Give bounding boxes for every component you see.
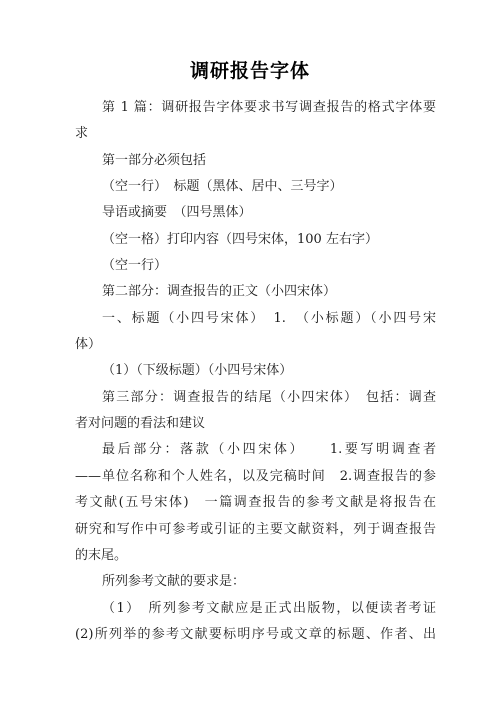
document-body: 第 1 篇：调研报告字体要求书写调查报告的格式字体要求第一部分必须包括（空一行）… — [75, 95, 436, 648]
text-line: 第三部分：调查报告的结尾（小四宋体） 包括：调查 — [75, 385, 436, 411]
text-line: （空一格）打印内容（四号宋体，100 左右字） — [75, 227, 436, 253]
text-line: ——单位名称和个人姓名，以及完稿时间 2.调查报告的参 — [75, 464, 436, 490]
text-line: 考文献(五号宋体) 一篇调查报告的参考文献是将报告在 — [75, 490, 436, 516]
text-line: 导语或摘要 （四号黑体） — [75, 200, 436, 226]
text-line: 求 — [75, 121, 436, 147]
text-line: 的末尾。 — [75, 543, 436, 569]
text-line: 最后部分：落款（小四宋体） 1.要写明调查者 — [75, 437, 436, 463]
text-line: 第二部分：调查报告的正文（小四宋体） — [75, 279, 436, 305]
text-line: 第 1 篇：调研报告字体要求书写调查报告的格式字体要 — [75, 95, 436, 121]
text-line: 一、标题（小四号宋体） 1. （小标题）（小四号宋 — [75, 306, 436, 332]
text-line: (2)所列举的参考文献要标明序号或文章的标题、作者、出 — [75, 622, 436, 648]
text-line: 者对问题的看法和建议 — [75, 411, 436, 437]
text-line: （1） 所列参考文献应是正式出版物，以便读者考证 — [75, 596, 436, 622]
text-line: （空一行） — [75, 253, 436, 279]
text-line: 所列参考文献的要求是： — [75, 569, 436, 595]
text-line: （1）（下级标题）（小四号宋体） — [75, 358, 436, 384]
document-page: 调研报告字体 第 1 篇：调研报告字体要求书写调查报告的格式字体要求第一部分必须… — [0, 0, 500, 707]
text-line: 体） — [75, 332, 436, 358]
text-line: （空一行） 标题（黑体、居中、三号字） — [75, 174, 436, 200]
text-line: 第一部分必须包括 — [75, 148, 436, 174]
page-title: 调研报告字体 — [0, 0, 500, 83]
text-line: 研究和写作中可参考或引证的主要文献资料，列于调查报告 — [75, 517, 436, 543]
